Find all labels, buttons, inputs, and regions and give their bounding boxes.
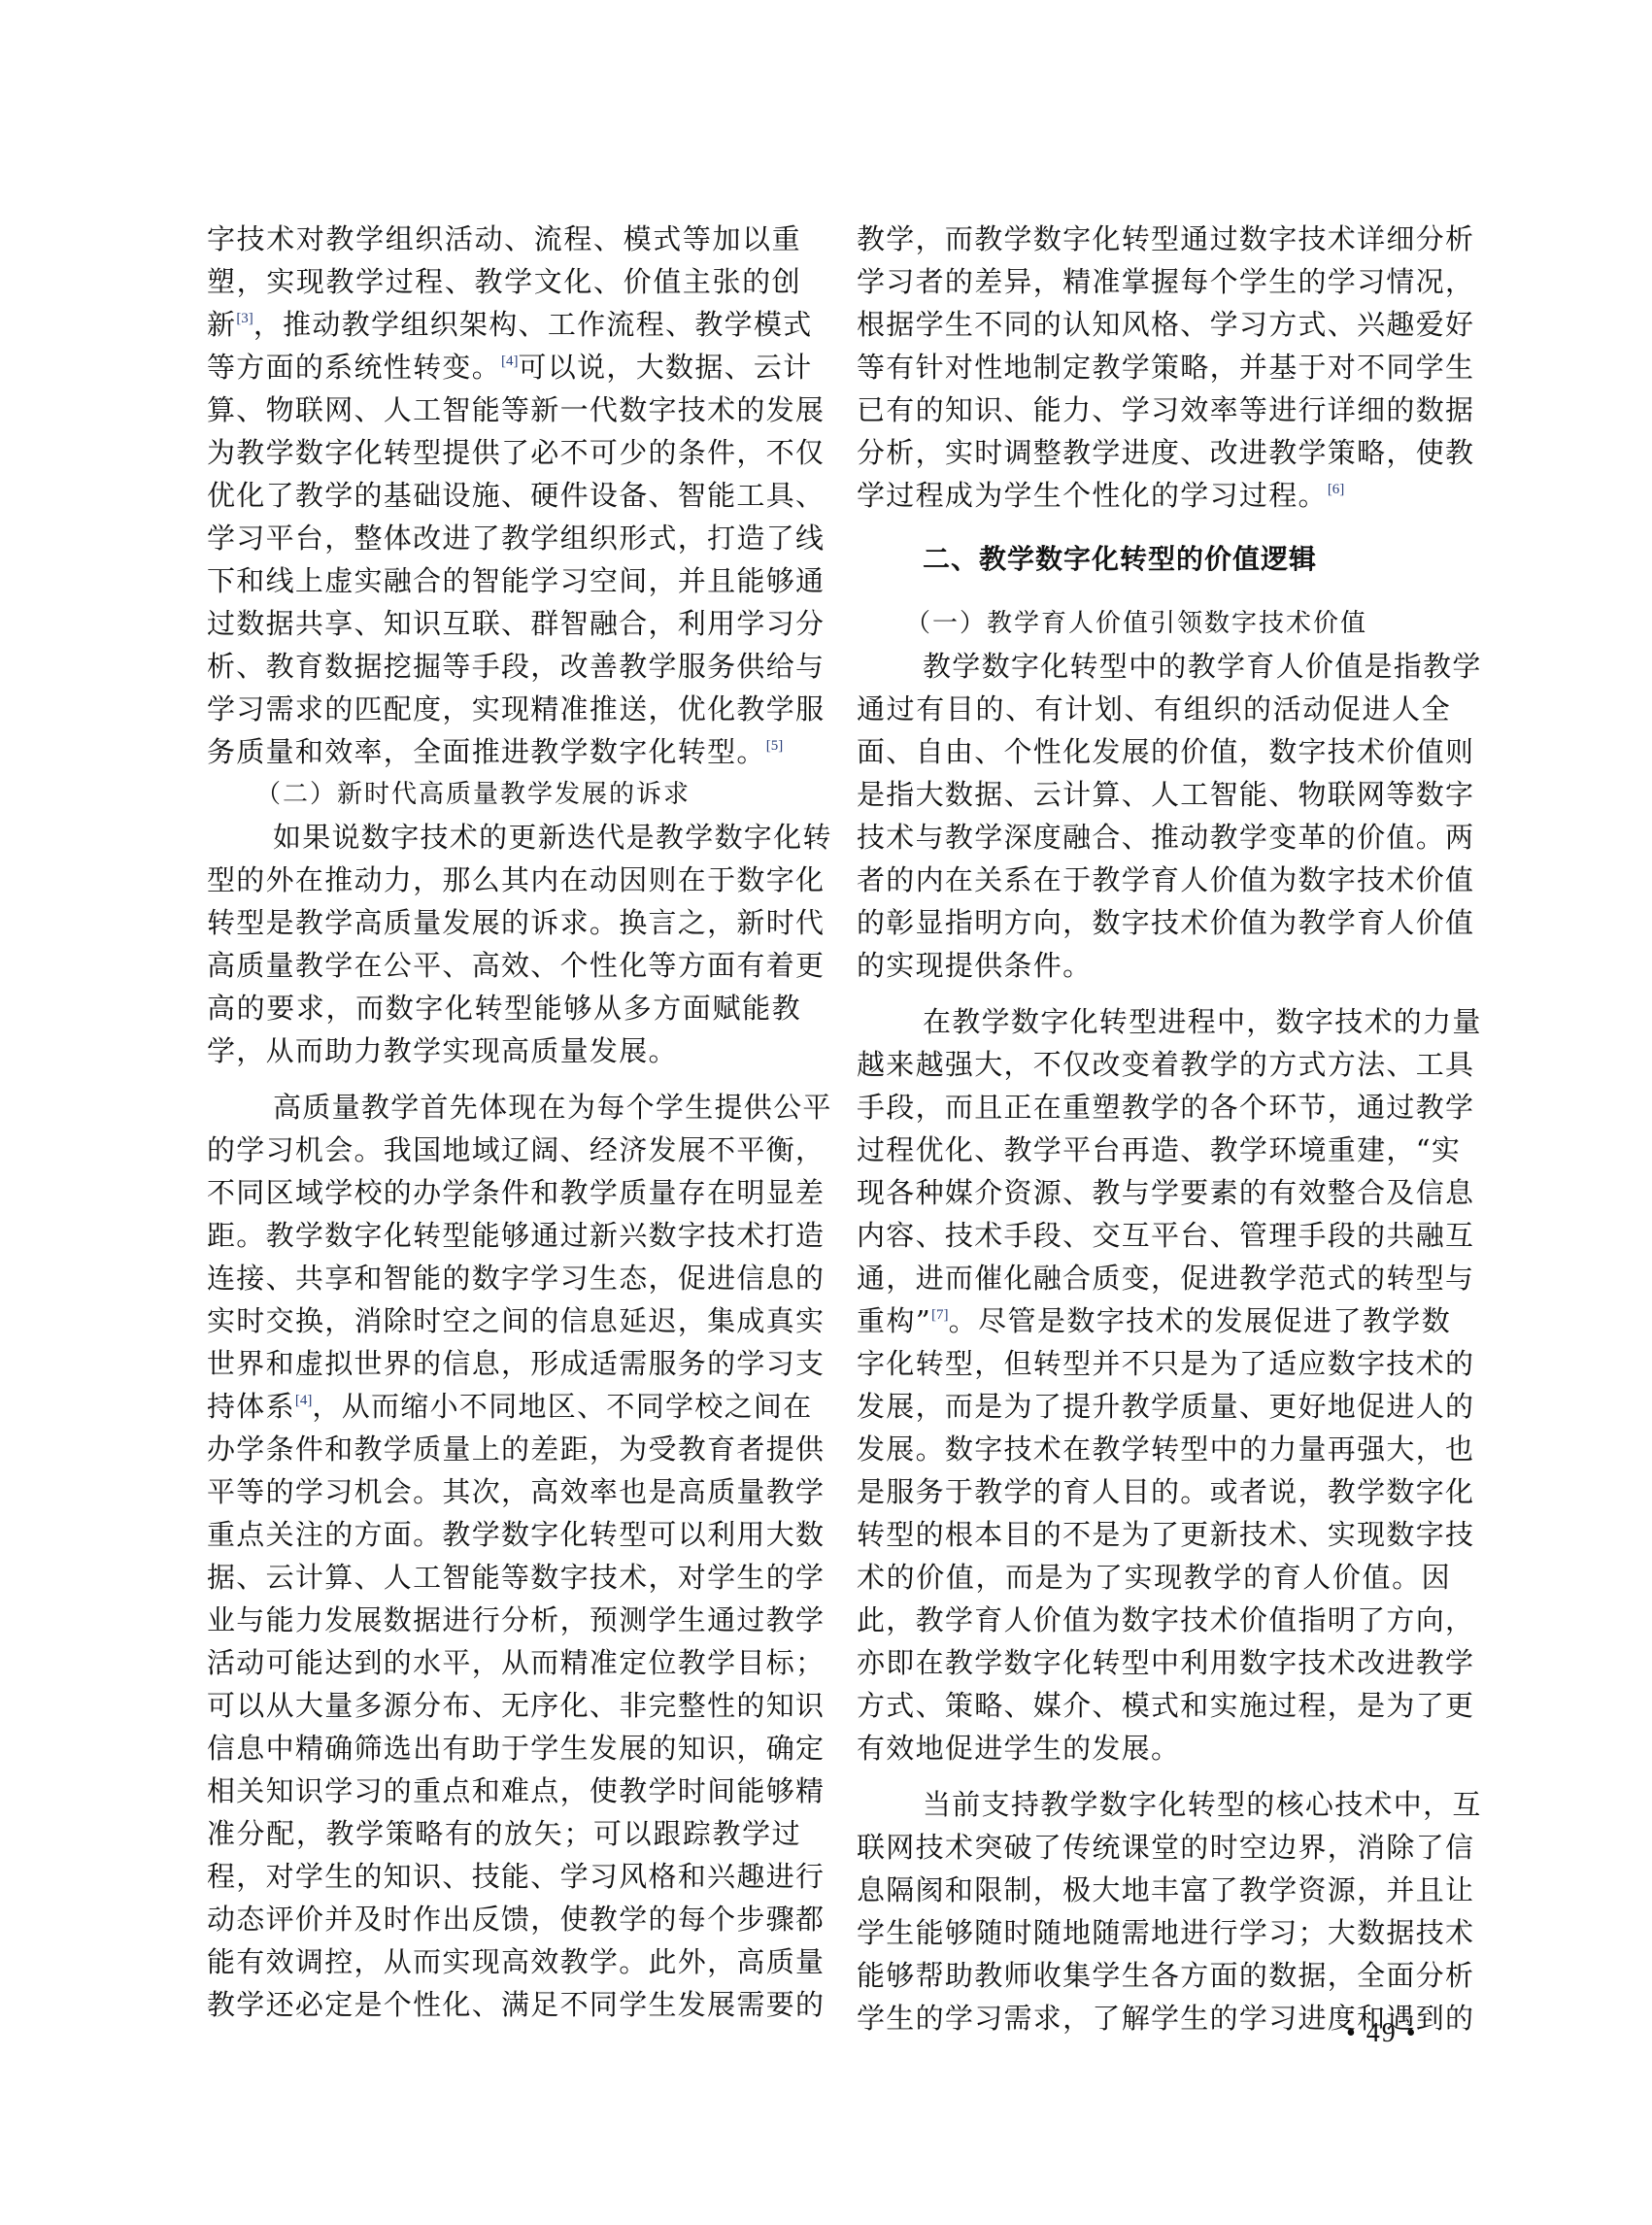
text-line: 析、教育数据挖掘等手段，改善教学服务供给与 xyxy=(207,645,801,688)
text-line: 学过程成为学生个性化的学习过程。[6] xyxy=(857,474,1451,517)
text-segment: 。尽管是数字技术的发展促进了教学数 xyxy=(949,1304,1451,1337)
text-line: 优化了教学的基础设施、硬件设备、智能工具、 xyxy=(207,474,801,517)
text-line: 学习需求的匹配度，实现精准推送，优化教学服 xyxy=(207,688,801,730)
text-line: 面、自由、个性化发展的价值，数字技术价值则 xyxy=(857,730,1451,773)
text-line: 连接、共享和智能的数字学习生态，促进信息的 xyxy=(207,1257,801,1299)
text-segment: 务质量和效率，全面推进教学数字化转型。 xyxy=(207,735,766,768)
paragraph-gap xyxy=(857,987,1451,1000)
text-segment: 学过程成为学生个性化的学习过程。 xyxy=(857,479,1328,512)
text-line: 是服务于教学的育人目的。或者说，教学数字化 xyxy=(857,1470,1451,1513)
text-line: 已有的知识、能力、学习效率等进行详细的数据 xyxy=(857,388,1451,431)
text-line: 者的内在关系在于教学育人价值为数字技术价值 xyxy=(857,859,1451,901)
text-line: 可以从大量多源分布、无序化、非完整性的知识 xyxy=(207,1684,801,1727)
citation-marker[interactable]: [4] xyxy=(295,1393,313,1408)
text-line: 方式、策略、媒介、模式和实施过程，是为了更 xyxy=(857,1684,1451,1727)
text-line: 分析，实时调整教学进度、改进教学策略，使教 xyxy=(857,431,1451,474)
text-line: 准分配，教学策略有的放矢；可以跟踪教学过 xyxy=(207,1812,801,1855)
citation-marker[interactable]: [3] xyxy=(236,311,253,326)
section-gap xyxy=(857,581,1451,602)
text-segment: ，推动教学组织架构、工作流程、教学模式 xyxy=(253,308,813,341)
text-line: 如果说数字技术的更新迭代是教学数字化转 xyxy=(207,816,801,859)
text-segment: 新 xyxy=(207,308,236,341)
text-line: 的实现提供条件。 xyxy=(857,944,1451,987)
text-line: 能够帮助教师收集学生各方面的数据，全面分析 xyxy=(857,1954,1451,1997)
text-line: 手段，而且正在重塑教学的各个环节，通过教学 xyxy=(857,1086,1451,1129)
text-line: 内容、技术手段、交互平台、管理手段的共融互 xyxy=(857,1214,1451,1257)
text-line: 越来越强大，不仅改变着教学的方式方法、工具 xyxy=(857,1043,1451,1086)
text-line: 不同区域学校的办学条件和教学质量存在明显差 xyxy=(207,1171,801,1214)
subsection-heading: （一）教学育人价值引领数字技术价值 xyxy=(857,602,1451,645)
text-line: 世界和虚拟世界的信息，形成适需服务的学习支 xyxy=(207,1342,801,1385)
text-line: 高质量教学在公平、高效、个性化等方面有着更 xyxy=(207,944,801,987)
text-line: 等方面的系统性转变。[4]可以说，大数据、云计 xyxy=(207,346,801,388)
text-line: 是指大数据、云计算、人工智能、物联网等数字 xyxy=(857,773,1451,816)
citation-marker[interactable]: [4] xyxy=(501,354,519,369)
text-line: 持体系[4]，从而缩小不同地区、不同学校之间在 xyxy=(207,1385,801,1428)
paragraph: 教学数字化转型中的教学育人价值是指教学 通过有目的、有计划、有组织的活动促进人全… xyxy=(857,645,1451,987)
text-line: 学习者的差异，精准掌握每个学生的学习情况， xyxy=(857,260,1451,303)
text-line: 字技术对教学组织活动、流程、模式等加以重 xyxy=(207,218,801,260)
text-line: 技术与教学深度融合、推动教学变革的价值。两 xyxy=(857,816,1451,859)
page-number: • 49 • xyxy=(1346,2018,1418,2049)
journal-page: 字技术对教学组织活动、流程、模式等加以重 塑，实现教学过程、教学文化、价值主张的… xyxy=(0,0,1652,2225)
text-segment: 持体系 xyxy=(207,1390,295,1423)
text-line: 根据学生不同的认知风格、学习方式、兴趣爱好 xyxy=(857,303,1451,346)
text-line: 实时交换，消除时空之间的信息延迟，集成真实 xyxy=(207,1299,801,1342)
text-line: 教学，而教学数字化转型通过数字技术详细分析 xyxy=(857,218,1451,260)
text-line: 程，对学生的知识、技能、学习风格和兴趣进行 xyxy=(207,1855,801,1898)
paragraph: 当前支持教学数字化转型的核心技术中，互 联网技术突破了传统课堂的时空边界，消除了… xyxy=(857,1783,1451,2040)
text-line: 发展，而是为了提升教学质量、更好地促进人的 xyxy=(857,1385,1451,1428)
section-gap xyxy=(857,517,1451,538)
text-line: 转型是教学高质量发展的诉求。换言之，新时代 xyxy=(207,901,801,944)
text-line: 教学还必定是个性化、满足不同学生发展需要的 xyxy=(207,1983,801,2026)
text-line: 塑，实现教学过程、教学文化、价值主张的创 xyxy=(207,260,801,303)
text-line: 的彰显指明方向，数字技术价值为教学育人价值 xyxy=(857,901,1451,944)
text-segment: 可以说，大数据、云计 xyxy=(519,351,813,384)
text-line: 联网技术突破了传统课堂的时空边界，消除了信 xyxy=(857,1826,1451,1869)
text-line: 当前支持教学数字化转型的核心技术中，互 xyxy=(857,1783,1451,1826)
section-heading: 二、教学数字化转型的价值逻辑 xyxy=(857,538,1451,581)
paragraph-gap xyxy=(857,1770,1451,1783)
text-line: 型的外在推动力，那么其内在动因则在于数字化 xyxy=(207,859,801,901)
text-line: 学，从而助力教学实现高质量发展。 xyxy=(207,1029,801,1072)
text-line: 发展。数字技术在教学转型中的力量再强大，也 xyxy=(857,1428,1451,1470)
text-line: 重构”[7]。尽管是数字技术的发展促进了教学数 xyxy=(857,1299,1451,1342)
text-line: 过程优化、教学平台再造、教学环境重建，“实 xyxy=(857,1129,1451,1171)
paragraph-gap xyxy=(207,1072,801,1086)
text-line: 高的要求，而数字化转型能够从多方面赋能教 xyxy=(207,987,801,1029)
text-line: 办学条件和教学质量上的差距，为受教育者提供 xyxy=(207,1428,801,1470)
text-line: 下和线上虚实融合的智能学习空间，并且能够通 xyxy=(207,559,801,602)
text-line: 活动可能达到的水平，从而精准定位教学目标； xyxy=(207,1641,801,1684)
text-line: 的学习机会。我国地域辽阔、经济发展不平衡， xyxy=(207,1129,801,1171)
text-line: 务质量和效率，全面推进教学数字化转型。[5] xyxy=(207,730,801,773)
text-line: 此，教学育人价值为数字技术价值指明了方向， xyxy=(857,1599,1451,1641)
text-segment: 等方面的系统性转变。 xyxy=(207,351,501,384)
text-line: 业与能力发展数据进行分析，预测学生通过教学 xyxy=(207,1599,801,1641)
citation-marker[interactable]: [5] xyxy=(766,738,784,754)
text-segment: ，从而缩小不同地区、不同学校之间在 xyxy=(312,1390,812,1423)
subsection-heading: （二）新时代高质量教学发展的诉求 xyxy=(207,773,801,816)
text-line: 通过有目的、有计划、有组织的活动促进人全 xyxy=(857,688,1451,730)
text-line: 高质量教学首先体现在为每个学生提供公平 xyxy=(207,1086,801,1129)
text-line: 学生能够随时随地随需地进行学习；大数据技术 xyxy=(857,1911,1451,1954)
paragraph: 高质量教学首先体现在为每个学生提供公平 的学习机会。我国地域辽阔、经济发展不平衡… xyxy=(207,1086,801,2026)
text-line: 教学数字化转型中的教学育人价值是指教学 xyxy=(857,645,1451,688)
text-line: 转型的根本目的不是为了更新技术、实现数字技 xyxy=(857,1513,1451,1556)
text-line: 过数据共享、知识互联、群智融合，利用学习分 xyxy=(207,602,801,645)
text-line: 字化转型，但转型并不只是为了适应数字技术的 xyxy=(857,1342,1451,1385)
text-line: 等有针对性地制定教学策略，并基于对不同学生 xyxy=(857,346,1451,388)
text-line: 现各种媒介资源、教与学要素的有效整合及信息 xyxy=(857,1171,1451,1214)
text-line: 为教学数字化转型提供了必不可少的条件，不仅 xyxy=(207,431,801,474)
citation-marker[interactable]: [6] xyxy=(1328,482,1345,497)
text-line: 在教学数字化转型进程中，数字技术的力量 xyxy=(857,1000,1451,1043)
text-line: 学习平台，整体改进了教学组织形式，打造了线 xyxy=(207,517,801,559)
text-line: 通，进而催化融合质变，促进教学范式的转型与 xyxy=(857,1257,1451,1299)
text-line: 亦即在教学数字化转型中利用数字技术改进教学 xyxy=(857,1641,1451,1684)
paragraph: 如果说数字技术的更新迭代是教学数字化转 型的外在推动力，那么其内在动因则在于数字… xyxy=(207,816,801,1072)
text-segment: 重构” xyxy=(857,1304,931,1337)
text-line: 重点关注的方面。教学数字化转型可以利用大数 xyxy=(207,1513,801,1556)
text-line: 信息中精确筛选出有助于学生发展的知识，确定 xyxy=(207,1727,801,1770)
paragraph-continued: 字技术对教学组织活动、流程、模式等加以重 塑，实现教学过程、教学文化、价值主张的… xyxy=(207,218,801,773)
text-line: 相关知识学习的重点和难点，使教学时间能够精 xyxy=(207,1770,801,1812)
text-line: 平等的学习机会。其次，高效率也是高质量教学 xyxy=(207,1470,801,1513)
right-column: 教学，而教学数字化转型通过数字技术详细分析 学习者的差异，精准掌握每个学生的学习… xyxy=(857,218,1451,2040)
text-line: 算、物联网、人工智能等新一代数字技术的发展 xyxy=(207,388,801,431)
citation-marker[interactable]: [7] xyxy=(931,1307,949,1323)
text-line: 有效地促进学生的发展。 xyxy=(857,1727,1451,1770)
text-line: 新[3]，推动教学组织架构、工作流程、教学模式 xyxy=(207,303,801,346)
text-line: 术的价值，而是为了实现教学的育人价值。因 xyxy=(857,1556,1451,1599)
text-line: 动态评价并及时作出反馈，使教学的每个步骤都 xyxy=(207,1898,801,1940)
text-line: 距。教学数字化转型能够通过新兴数字技术打造 xyxy=(207,1214,801,1257)
text-line: 能有效调控，从而实现高效教学。此外，高质量 xyxy=(207,1940,801,1983)
text-line: 据、云计算、人工智能等数字技术，对学生的学 xyxy=(207,1556,801,1599)
left-column: 字技术对教学组织活动、流程、模式等加以重 塑，实现教学过程、教学文化、价值主张的… xyxy=(207,218,801,2026)
paragraph-continued: 教学，而教学数字化转型通过数字技术详细分析 学习者的差异，精准掌握每个学生的学习… xyxy=(857,218,1451,517)
paragraph: 在教学数字化转型进程中，数字技术的力量 越来越强大，不仅改变着教学的方式方法、工… xyxy=(857,1000,1451,1770)
text-line: 息隔阂和限制，极大地丰富了教学资源，并且让 xyxy=(857,1869,1451,1911)
